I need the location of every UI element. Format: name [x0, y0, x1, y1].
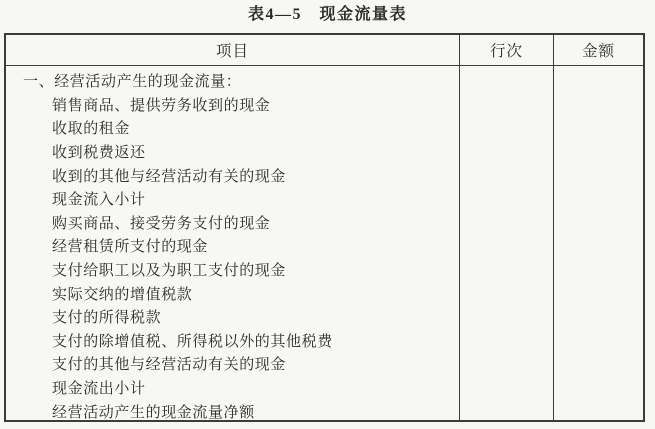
- item-column: 一、经营活动产生的现金流量： 销售商品、提供劳务收到的现金 收取的租金 收到税费…: [6, 66, 460, 420]
- table-title: 表4—5 现金流量表: [0, 1, 655, 24]
- table-row: 收到的其他与经营活动有关的现金: [6, 163, 459, 187]
- table-row: 一、经营活动产生的现金流量：: [6, 69, 459, 93]
- table-body: 一、经营活动产生的现金流量： 销售商品、提供劳务收到的现金 收取的租金 收到税费…: [6, 66, 643, 420]
- table-row: 支付给职工以及为职工支付的现金: [6, 258, 459, 282]
- table-row: 现金流入小计: [6, 187, 459, 211]
- amount-column-empty: [554, 66, 643, 420]
- table-row: 销售商品、提供劳务收到的现金: [6, 93, 459, 117]
- table-row: 经营租赁所支付的现金: [6, 234, 459, 258]
- table-row: 支付的其他与经营活动有关的现金: [6, 352, 459, 376]
- table-row: 现金流出小计: [6, 376, 459, 400]
- table-row: 购买商品、接受劳务支付的现金: [6, 211, 459, 235]
- column-header-item: 项目: [6, 35, 460, 65]
- table-row: 收取的租金: [6, 116, 459, 140]
- table-row: 支付的除增值税、所得税以外的其他税费: [6, 329, 459, 353]
- column-header-amount: 金额: [554, 35, 643, 65]
- table-row: 实际交纳的增值税款: [6, 281, 459, 305]
- column-header-line-number: 行次: [460, 35, 554, 65]
- table-row: 支付的所得税款: [6, 305, 459, 329]
- line-number-column-empty: [460, 66, 554, 420]
- table-row: 收到税费返还: [6, 140, 459, 164]
- cash-flow-table: 项目 行次 金额 一、经营活动产生的现金流量： 销售商品、提供劳务收到的现金 收…: [4, 33, 645, 422]
- scanned-document-page: 表4—5 现金流量表 项目 行次 金额 一、经营活动产生的现金流量： 销售商品、…: [0, 0, 655, 429]
- table-row: 经营活动产生的现金流量净额: [6, 399, 459, 423]
- table-header-row: 项目 行次 金额: [6, 35, 643, 66]
